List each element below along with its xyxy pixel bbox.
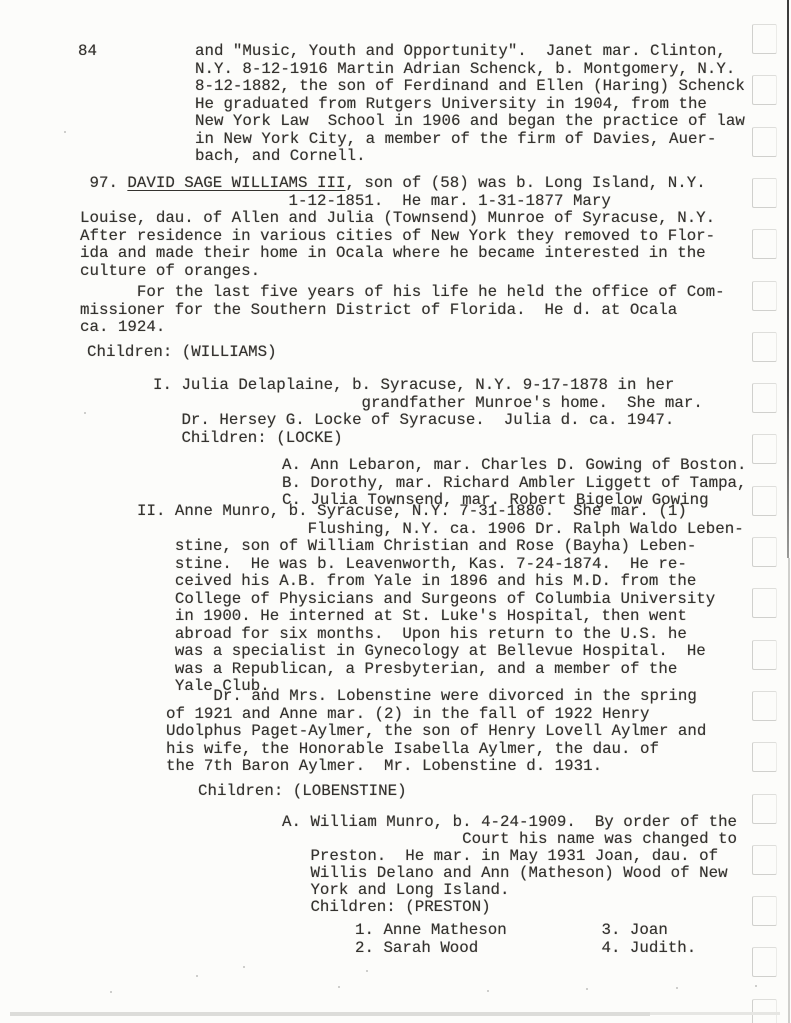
text-line: bach, and Cornell. [195,148,745,166]
text-line: A. Ann Lebaron, mar. Charles D. Gowing o… [282,457,747,475]
text-line: For the last five years of his life he h… [80,284,725,302]
text-line: ca. 1924. [80,319,725,337]
text-line: A. William Munro, b. 4-24-1909. By order… [282,814,737,831]
children-lobenstine-heading: Children: (LOBENSTINE) [198,783,407,801]
binder-hole-mark [752,434,777,464]
text-line: 8-12-1882, the son of Ferdinand and Elle… [195,78,745,96]
scan-speckle [676,987,678,989]
binder-hole-mark [752,332,777,362]
scan-speckle [586,988,588,990]
text-line: Children: (PRESTON) [282,899,737,916]
text-line: B. Dorothy, mar. Richard Ambler Liggett … [282,475,747,493]
scan-speckle [84,412,86,414]
children-williams-heading: Children: (WILLIAMS) [87,344,277,362]
scan-bottom-shadow [10,1012,650,1016]
text-line: II. Anne Munro, b. Syracuse, N.Y. 7-31-1… [137,503,744,521]
text-line: Louise, dau. of Allen and Julia (Townsen… [80,210,715,228]
binder-hole-mark [752,24,777,54]
text-line: York and Long Island. [282,882,737,899]
child-i-julia-delaplaine: I. Julia Delaplaine, b. Syracuse, N.Y. 9… [153,377,703,447]
binder-hole-mark [752,742,777,772]
text-line: Flushing, N.Y. ca. 1906 Dr. Ralph Waldo … [137,521,744,539]
text-line: He graduated from Rutgers University in … [195,96,745,114]
scan-speckle [487,990,489,992]
child-ii-anne-munro: II. Anne Munro, b. Syracuse, N.Y. 7-31-1… [137,503,744,696]
text-line: Dr. Hersey G. Locke of Syracuse. Julia d… [153,412,703,430]
scan-speckle [338,986,340,988]
text-line: of 1921 and Anne mar. (2) in the fall of… [166,706,706,724]
binder-hole-mark [752,640,777,670]
text-line: stine. He was b. Leavenworth, Kas. 7-24-… [137,556,744,574]
text-line: N.Y. 8-12-1916 Martin Adrian Schenck, b.… [195,61,745,79]
text-line: Dr. and Mrs. Lobenstine were divorced in… [166,688,706,706]
binder-hole-mark [752,229,777,259]
text-line: 97. DAVID SAGE WILLIAMS III, son of (58)… [80,175,715,193]
text-line: I. Julia Delaplaine, b. Syracuse, N.Y. 9… [153,377,703,395]
david-sage-williams-entry: 97. DAVID SAGE WILLIAMS III, son of (58)… [80,175,715,280]
text-line: in New York City, a member of the firm o… [195,131,745,149]
text-line: grandfather Munroe's home. She mar. [153,395,703,413]
binder-hole-mark [752,281,777,311]
binder-hole-mark [752,896,777,926]
text-line: Children: (LOCKE) [153,430,703,448]
text-line: Willis Delano and Ann (Matheson) Wood of… [282,865,737,882]
document-page: 84 and "Music, Youth and Opportunity". J… [0,0,791,1023]
scan-speckle [243,966,245,968]
binder-hole-mark [752,999,777,1023]
binder-hole-mark [752,75,777,105]
text-line: ceived his A.B. from Yale in 1896 and hi… [137,573,744,591]
text-line: was a Republican, a Presbyterian, and a … [137,661,744,679]
page-number: 84 [78,43,97,61]
commissioner-paragraph: For the last five years of his life he h… [80,284,725,337]
binder-hole-mark [752,794,777,824]
text-line: Preston. He mar. in May 1931 Joan, dau. … [282,848,737,865]
text-line: and "Music, Youth and Opportunity". Jane… [195,43,745,61]
text-line: the 7th Baron Aylmer. Mr. Lobenstine d. … [166,758,706,776]
scan-bottom-shadow-2 [650,1012,780,1015]
text-line: College of Physicians and Surgeons of Co… [137,591,744,609]
text-line: missioner for the Southern District of F… [80,302,725,320]
binder-hole-mark [752,486,777,516]
scan-speckle [755,985,757,987]
text-line: was a specialist in Gynecology at Bellev… [137,643,744,661]
scan-speckle [110,991,112,993]
scan-speckle [196,975,198,977]
text-line: Children: (WILLIAMS) [87,344,277,362]
binder-hole-mark [752,691,777,721]
scan-speckle [366,970,368,972]
binder-hole-mark [752,947,777,977]
text-line: Children: (LOBENSTINE) [198,783,407,801]
text-line: in 1900. He interned at St. Luke's Hospi… [137,608,744,626]
scan-edge-line-dark [787,0,789,558]
binder-hole-mark [752,537,777,567]
text-line: 1. Anne Matheson 3. Joan [355,922,696,940]
text-line: culture of oranges. [80,263,715,281]
text-line: ida and made their home in Ocala where h… [80,245,715,263]
scan-speckle [64,131,66,133]
text-line: his wife, the Honorable Isabella Aylmer,… [166,741,706,759]
binder-hole-mark [752,845,777,875]
text-line: stine, son of William Christian and Rose… [137,538,744,556]
divorce-paragraph: Dr. and Mrs. Lobenstine were divorced in… [166,688,706,776]
text-line: 2. Sarah Wood 4. Judith. [355,940,696,958]
text-line: abroad for six months. Upon his return t… [137,626,744,644]
binder-hole-mark [752,178,777,208]
binder-hole-mark [752,588,777,618]
scan-edge-line-light [788,558,790,1023]
child-a-william-munro: A. William Munro, b. 4-24-1909. By order… [282,814,737,916]
text-line: 1-12-1851. He mar. 1-31-1877 Mary [80,193,715,211]
text-line: After residence in various cities of New… [80,228,715,246]
text-line: Udolphus Paget-Aylmer, the son of Henry … [166,723,706,741]
text-line: Court his name was changed to [282,831,737,848]
text-line: New York Law School in 1906 and began th… [195,113,745,131]
binder-hole-mark [752,383,777,413]
binder-hole-mark [752,127,777,157]
schenck-continuation-paragraph: and "Music, Youth and Opportunity". Jane… [195,43,745,166]
preston-children-list: 1. Anne Matheson 3. Joan2. Sarah Wood 4.… [355,922,696,957]
